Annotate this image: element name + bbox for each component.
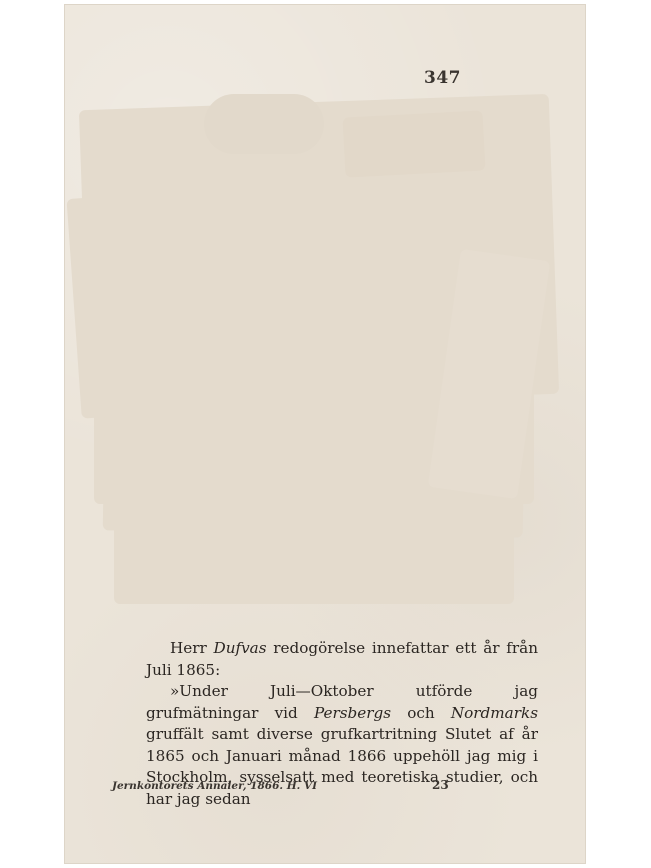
document-page: 347 Herr Dufvas redogörelse innefattar e… (64, 4, 586, 864)
page-number: 347 (424, 68, 461, 88)
redaction-blob (66, 189, 221, 418)
italic-name: Persbergs (314, 704, 391, 722)
paragraph: Herr Dufvas redogörelse innefattar ett å… (146, 638, 538, 681)
redaction-blob (204, 94, 324, 154)
redaction-blob (114, 484, 514, 604)
footer-signature: 23 (432, 778, 449, 792)
italic-name: Dufvas (214, 639, 267, 657)
italic-name: Nordmarks (451, 704, 538, 722)
footer-journal: Jernkontorets Annaler, 1866. H. VI (112, 780, 432, 792)
redaction-blob (343, 110, 486, 177)
